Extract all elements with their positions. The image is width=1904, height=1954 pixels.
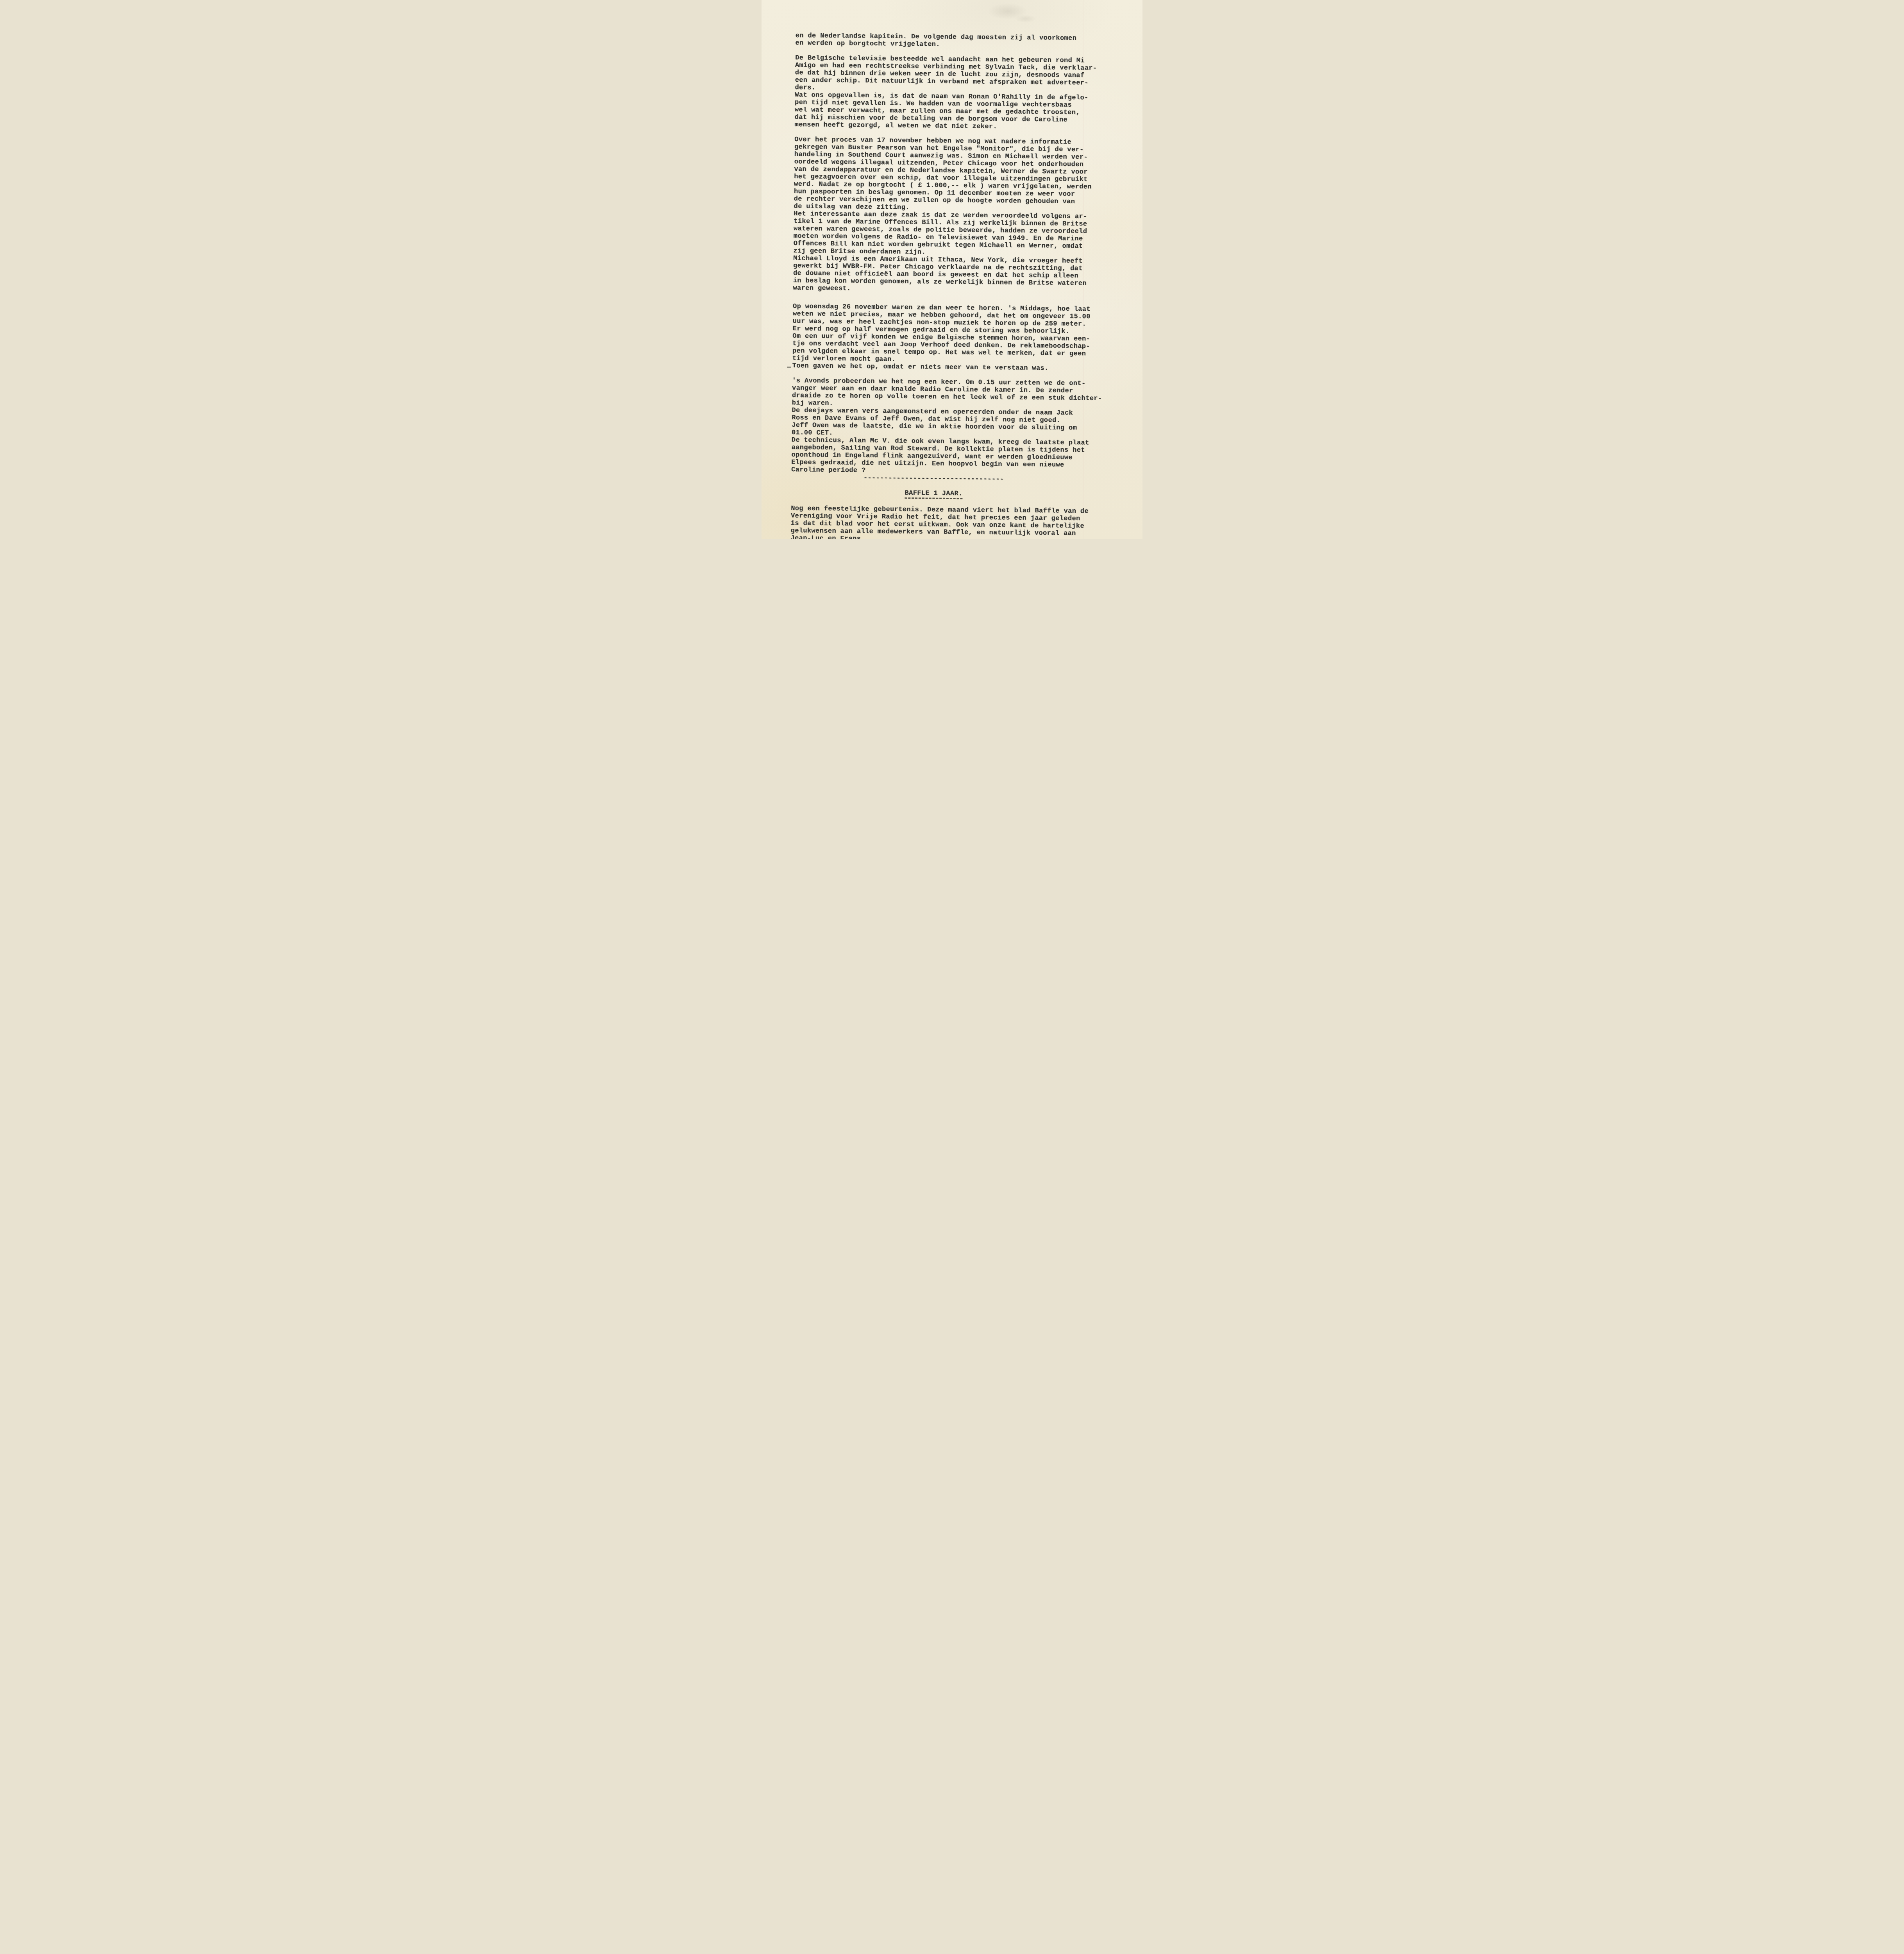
para-ronan-orahilly: Wat ons opgevallen is, is dat de naam va… [794, 91, 1142, 132]
section-heading-row: BAFFLE 1 JAAR. [905, 490, 1140, 501]
section-heading-baffle: BAFFLE 1 JAAR. [905, 490, 962, 499]
para-marine-offences-bill: Het interessante aan deze zaak is dat ze… [793, 210, 1142, 258]
para-new-deejays: De deejays waren vers aangemonsterd en o… [792, 407, 1141, 440]
para-back-on-air: Op woensdag 26 november waren ze dan wee… [792, 303, 1142, 373]
para-baffle-anniversary: Nog een feestelijke gebeurtenis. Deze ma… [790, 505, 1140, 539]
para-evening-reception: 's Avonds probeerden we het nog een keer… [792, 377, 1142, 410]
para-release-on-bail: en de Nederlandse kapitein. De volgende … [796, 32, 1142, 50]
typewritten-newsletter-page: en de Nederlandse kapitein. De volgende … [762, 0, 1142, 539]
para-belgian-television: De Belgische televisie besteedde wel aan… [795, 54, 1142, 95]
para-trial-report: Over het proces van 17 november hebben w… [794, 136, 1142, 214]
para-michael-lloyd: Michael Lloyd is een Amerikaan uit Ithac… [793, 255, 1142, 295]
para-technician-records: De technicus, Alan Mc V. die ook even la… [791, 437, 1141, 477]
typewritten-text: en de Nederlandse kapitein. De volgende … [762, 0, 1142, 539]
